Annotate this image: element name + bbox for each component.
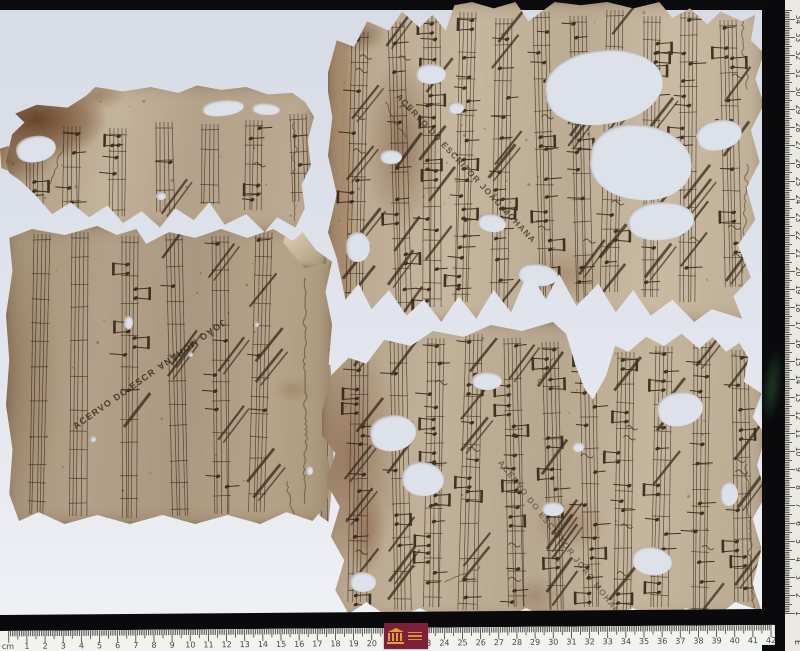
svg-text:31: 31 bbox=[566, 637, 576, 646]
svg-text:1: 1 bbox=[794, 611, 800, 616]
handwritten-annotation bbox=[288, 120, 302, 220]
svg-text:4: 4 bbox=[794, 557, 800, 562]
svg-text:24: 24 bbox=[794, 195, 800, 205]
svg-text:29: 29 bbox=[530, 638, 540, 647]
svg-text:13: 13 bbox=[240, 640, 250, 649]
archival-photo-scene: ACERVO DO ESCR JOÃO MOHANA ACERVO DO ESC… bbox=[0, 0, 800, 651]
handwritten-annotation bbox=[298, 276, 312, 506]
svg-text:10: 10 bbox=[185, 640, 195, 649]
torn-hole bbox=[542, 502, 564, 516]
svg-text:25: 25 bbox=[794, 177, 800, 187]
logo-text-lines bbox=[408, 632, 422, 641]
svg-text:8: 8 bbox=[794, 485, 800, 490]
svg-text:21: 21 bbox=[794, 249, 800, 259]
manuscript-fragment-top-left bbox=[6, 84, 314, 232]
svg-text:10: 10 bbox=[794, 447, 800, 457]
svg-text:41: 41 bbox=[748, 636, 758, 645]
svg-text:16: 16 bbox=[294, 640, 304, 649]
svg-text:33: 33 bbox=[794, 33, 800, 43]
svg-text:5: 5 bbox=[794, 539, 800, 544]
torn-hole bbox=[346, 232, 370, 262]
svg-text:27: 27 bbox=[794, 141, 800, 151]
svg-text:36: 36 bbox=[657, 637, 667, 646]
svg-text:15: 15 bbox=[276, 640, 286, 649]
svg-text:11: 11 bbox=[203, 640, 213, 649]
svg-text:12: 12 bbox=[794, 411, 800, 421]
svg-text:8: 8 bbox=[151, 641, 156, 650]
torn-hole bbox=[572, 442, 584, 452]
svg-text:2: 2 bbox=[794, 593, 800, 598]
svg-text:cm: cm bbox=[2, 642, 14, 651]
torn-hole bbox=[380, 150, 402, 164]
torn-hole bbox=[156, 192, 166, 200]
svg-text:26: 26 bbox=[476, 638, 486, 647]
svg-text:30: 30 bbox=[794, 87, 800, 97]
svg-text:20: 20 bbox=[367, 639, 377, 648]
svg-text:31: 31 bbox=[794, 69, 800, 79]
handwritten-annotation bbox=[736, 162, 754, 272]
svg-text:30: 30 bbox=[548, 638, 558, 647]
svg-text:6: 6 bbox=[794, 521, 800, 526]
torn-hole bbox=[254, 322, 259, 327]
torn-hole bbox=[448, 102, 464, 114]
svg-text:35: 35 bbox=[639, 637, 649, 646]
svg-text:18: 18 bbox=[794, 303, 800, 313]
svg-text:3: 3 bbox=[794, 575, 800, 580]
svg-text:33: 33 bbox=[603, 637, 613, 646]
svg-text:E: E bbox=[793, 640, 800, 645]
archive-logo bbox=[384, 623, 428, 649]
svg-text:13: 13 bbox=[794, 393, 800, 403]
svg-text:40: 40 bbox=[730, 636, 740, 645]
svg-text:6: 6 bbox=[115, 641, 120, 650]
svg-text:11: 11 bbox=[794, 429, 800, 439]
svg-text:5: 5 bbox=[97, 641, 102, 650]
torn-hole bbox=[416, 64, 446, 84]
svg-text:28: 28 bbox=[512, 638, 522, 647]
svg-text:9: 9 bbox=[170, 641, 175, 650]
vertical-ruler: 1234567891011121314151617181920212223242… bbox=[785, 0, 800, 651]
svg-text:39: 39 bbox=[712, 636, 722, 645]
svg-text:28: 28 bbox=[794, 123, 800, 133]
svg-text:42: 42 bbox=[766, 636, 775, 645]
svg-text:18: 18 bbox=[330, 639, 340, 648]
svg-text:24: 24 bbox=[439, 638, 449, 647]
svg-text:22: 22 bbox=[794, 231, 800, 241]
svg-text:9: 9 bbox=[794, 467, 800, 472]
svg-text:16: 16 bbox=[794, 339, 800, 349]
svg-text:3: 3 bbox=[61, 641, 66, 650]
svg-text:23: 23 bbox=[794, 213, 800, 223]
svg-text:7: 7 bbox=[794, 503, 800, 508]
torn-hole bbox=[350, 572, 376, 592]
torn-hole bbox=[90, 436, 96, 442]
svg-text:14: 14 bbox=[258, 640, 268, 649]
svg-text:17: 17 bbox=[312, 639, 322, 648]
svg-text:19: 19 bbox=[794, 285, 800, 295]
manuscript-fragment-left: ACERVO DO ESCR JOÃO MOHANA bbox=[6, 226, 332, 524]
svg-text:26: 26 bbox=[794, 159, 800, 169]
svg-text:17: 17 bbox=[794, 321, 800, 331]
svg-text:32: 32 bbox=[794, 51, 800, 61]
svg-text:34: 34 bbox=[794, 15, 800, 25]
svg-text:25: 25 bbox=[457, 638, 467, 647]
svg-text:1: 1 bbox=[24, 642, 29, 651]
torn-hole bbox=[720, 482, 738, 506]
svg-text:14: 14 bbox=[794, 375, 800, 385]
torn-hole bbox=[188, 352, 193, 357]
svg-text:2: 2 bbox=[43, 642, 48, 651]
svg-text:20: 20 bbox=[794, 267, 800, 277]
svg-text:34: 34 bbox=[621, 637, 631, 646]
torn-hole bbox=[124, 316, 133, 329]
svg-text:12: 12 bbox=[221, 640, 231, 649]
svg-text:27: 27 bbox=[494, 638, 504, 647]
svg-text:4: 4 bbox=[79, 641, 84, 650]
torn-hole bbox=[472, 372, 502, 390]
svg-text:7: 7 bbox=[133, 641, 138, 650]
svg-text:29: 29 bbox=[794, 105, 800, 115]
svg-text:32: 32 bbox=[584, 637, 594, 646]
svg-text:38: 38 bbox=[693, 636, 703, 645]
right-black-strip: 1234567891011121314151617181920212223242… bbox=[762, 0, 800, 651]
svg-text:15: 15 bbox=[794, 357, 800, 367]
manuscript-fragment-bottom-right: ACERVO DO ESCRITOR JOÃO MOHANA bbox=[322, 322, 766, 620]
library-building-icon bbox=[386, 628, 405, 644]
manuscript-fragment-top-right: ACERVO DO ESCRITOR JOÃO MOHANA bbox=[328, 2, 764, 322]
svg-text:37: 37 bbox=[675, 637, 685, 646]
svg-text:19: 19 bbox=[349, 639, 359, 648]
